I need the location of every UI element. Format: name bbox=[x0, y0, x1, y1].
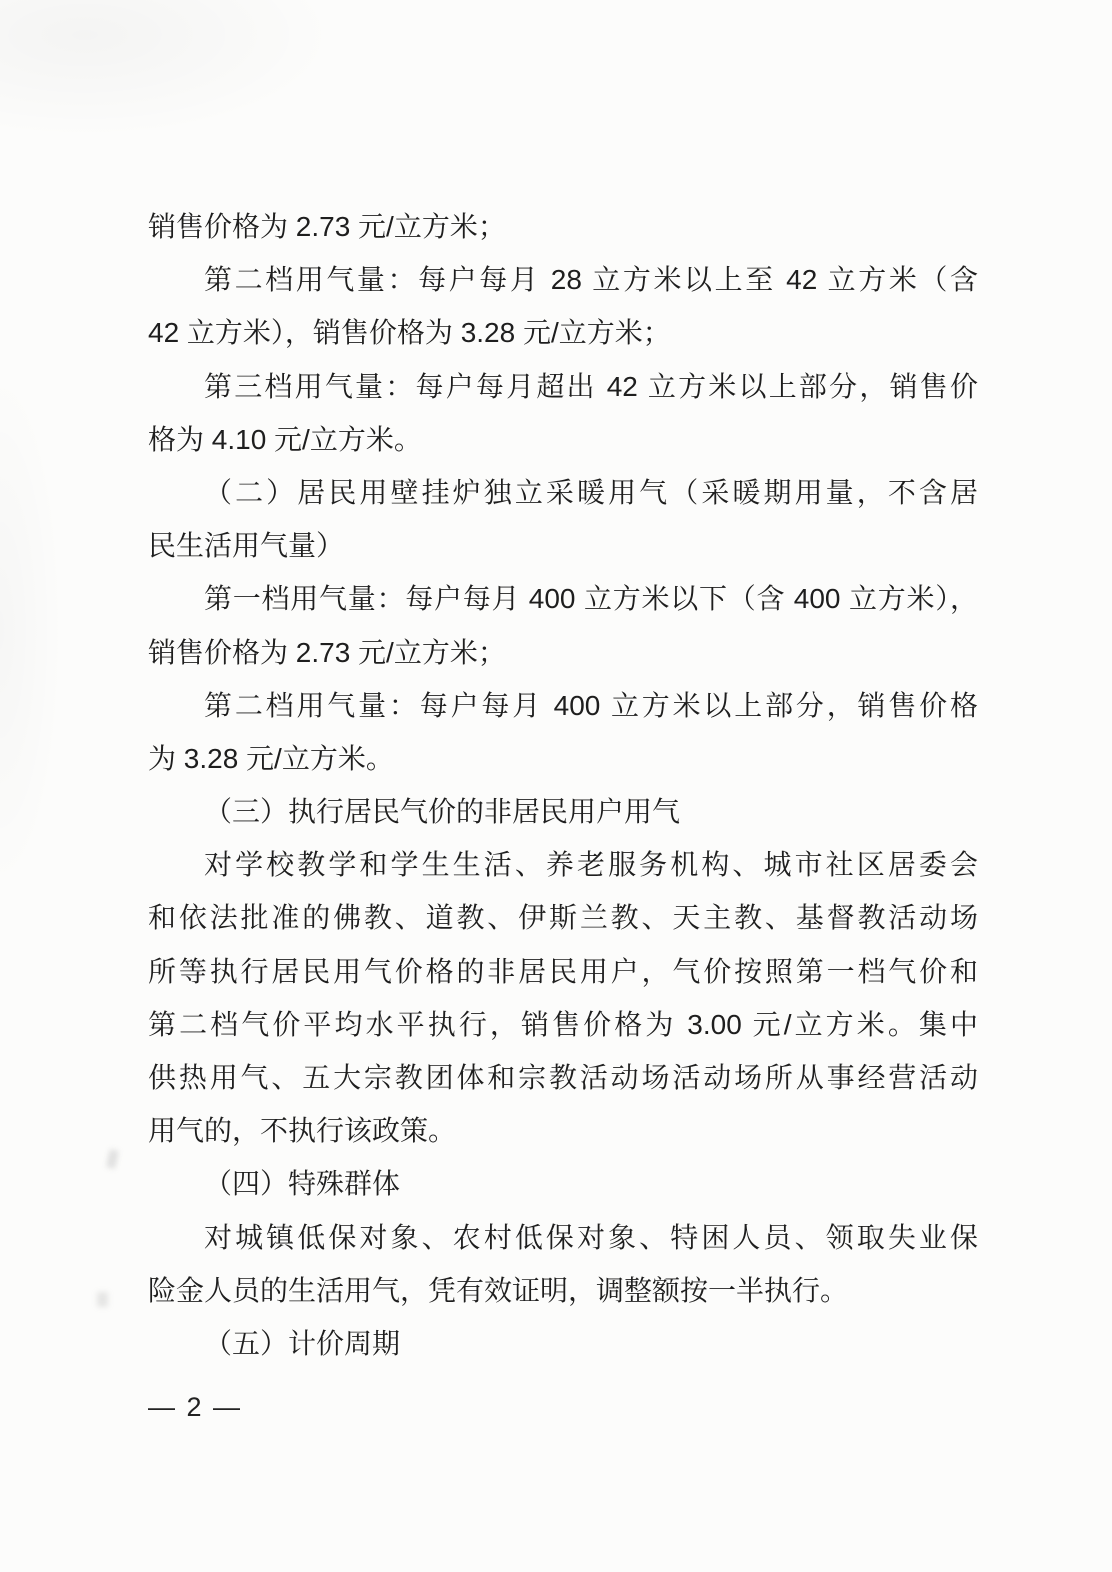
scan-smudge-1 bbox=[106, 1149, 119, 1168]
scan-haze-left-edge bbox=[0, 380, 60, 880]
text-line: 供热用气、五大宗教团体和宗教活动场活动场所从事经营活动 bbox=[148, 1051, 978, 1104]
document-body: 销售价格为 2.73 元/立方米；第二档用气量：每户每月 28 立方米以上至 4… bbox=[148, 200, 978, 1370]
text-line: 和依法批准的佛教、道教、伊斯兰教、天主教、基督教活动场 bbox=[148, 891, 978, 944]
text-line: （二）居民用壁挂炉独立采暖用气（采暖期用量，不含居 bbox=[148, 466, 978, 519]
text-line: 第二档用气量：每户每月 400 立方米以上部分，销售价格 bbox=[148, 679, 978, 732]
text-line: （五）计价周期 bbox=[148, 1317, 978, 1370]
text-line: 所等执行居民用气价格的非居民用户，气价按照第一档气价和 bbox=[148, 945, 978, 998]
text-line: 销售价格为 2.73 元/立方米； bbox=[148, 626, 978, 679]
text-line: 第二档用气量：每户每月 28 立方米以上至 42 立方米（含 bbox=[148, 253, 978, 306]
text-line: 对城镇低保对象、农村低保对象、特困人员、领取失业保 bbox=[148, 1211, 978, 1264]
text-line: （四）特殊群体 bbox=[148, 1157, 978, 1210]
text-line: 销售价格为 2.73 元/立方米； bbox=[148, 200, 978, 253]
document-page: 销售价格为 2.73 元/立方米；第二档用气量：每户每月 28 立方米以上至 4… bbox=[0, 0, 1112, 1572]
text-line: （三）执行居民气价的非居民用户用气 bbox=[148, 785, 978, 838]
page-number: — 2 — bbox=[148, 1383, 242, 1431]
text-line: 第二档气价平均水平执行，销售价格为 3.00 元/立方米。集中 bbox=[148, 998, 978, 1051]
text-line: 第一档用气量：每户每月 400 立方米以下（含 400 立方米）， bbox=[148, 572, 978, 625]
text-line: 民生活用气量） bbox=[148, 519, 978, 572]
text-line: 为 3.28 元/立方米。 bbox=[148, 732, 978, 785]
text-line: 险金人员的生活用气，凭有效证明，调整额按一半执行。 bbox=[148, 1264, 978, 1317]
scan-smudge-2 bbox=[97, 1292, 108, 1307]
text-line: 格为 4.10 元/立方米。 bbox=[148, 413, 978, 466]
text-line: 对学校教学和学生生活、养老服务机构、城市社区居委会 bbox=[148, 838, 978, 891]
text-line: 用气的，不执行该政策。 bbox=[148, 1104, 978, 1157]
scan-haze-top-left bbox=[0, 0, 340, 140]
text-line: 第三档用气量：每户每月超出 42 立方米以上部分，销售价 bbox=[148, 360, 978, 413]
text-line: 42 立方米），销售价格为 3.28 元/立方米； bbox=[148, 306, 978, 359]
